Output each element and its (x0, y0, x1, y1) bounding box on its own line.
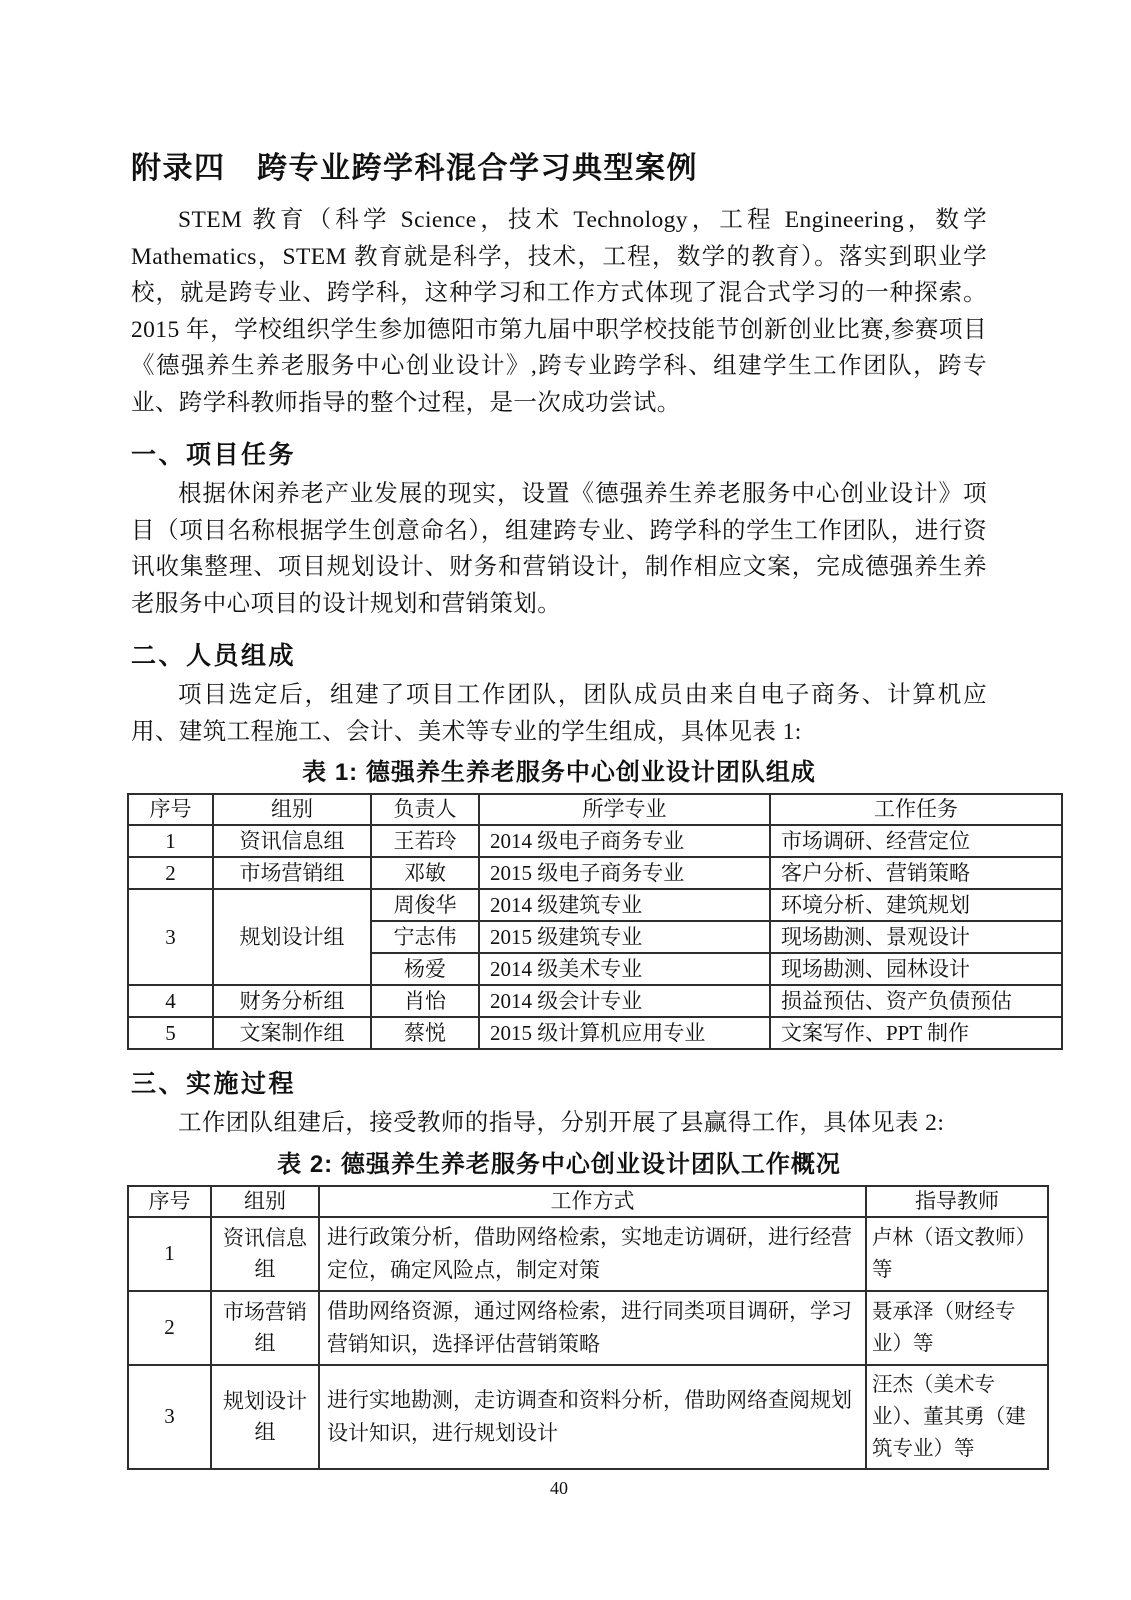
cell-leader: 宁志伟 (371, 921, 479, 953)
column-header: 组别 (211, 1186, 319, 1217)
table-header-row: 序号 组别 工作方式 指导教师 (128, 1186, 1048, 1217)
cell-task: 文案写作、PPT 制作 (770, 1017, 1062, 1049)
cell-seq: 1 (128, 825, 213, 857)
column-header: 序号 (128, 794, 213, 825)
cell-group: 资讯信息组 (211, 1217, 319, 1291)
document-page: 附录四 跨专业跨学科混合学习典型案例 STEM 教育（科学 Science，技术… (0, 0, 1131, 1600)
page-content: 附录四 跨专业跨学科混合学习典型案例 STEM 教育（科学 Science，技术… (131, 148, 987, 1470)
cell-seq: 3 (128, 1365, 211, 1469)
column-header: 组别 (213, 794, 371, 825)
cell-task: 损益预估、资产负债预估 (770, 985, 1062, 1017)
section-heading-personnel: 二、人员组成 (131, 639, 987, 673)
cell-seq: 4 (128, 985, 213, 1017)
cell-seq: 2 (128, 857, 213, 889)
table-header-row: 序号 组别 负责人 所学专业 工作任务 (128, 794, 1062, 825)
cell-seq: 3 (128, 889, 213, 985)
cell-seq: 2 (128, 1291, 211, 1365)
table2-caption: 表 2: 德强养生养老服务中心创业设计团队工作概况 (131, 1149, 987, 1180)
cell-group: 财务分析组 (213, 985, 371, 1017)
table-row: 2 市场营销组 借助网络资源，通过网络检索，进行同类项目调研，学习营销知识，选择… (128, 1291, 1048, 1365)
intro-paragraph: STEM 教育（科学 Science，技术 Technology，工程 Engi… (131, 202, 987, 421)
column-header: 负责人 (371, 794, 479, 825)
cell-seq: 1 (128, 1217, 211, 1291)
table-row: 1 资讯信息组 王若玲 2014 级电子商务专业 市场调研、经营定位 (128, 825, 1062, 857)
column-header: 所学专业 (479, 794, 770, 825)
cell-group: 资讯信息组 (213, 825, 371, 857)
cell-method: 进行政策分析，借助网络检索，实地走访调研，进行经营定位，确定风险点，制定对策 (319, 1217, 866, 1291)
cell-leader: 杨爱 (371, 953, 479, 985)
cell-group: 规划设计组 (211, 1365, 319, 1469)
cell-leader: 肖怡 (371, 985, 479, 1017)
cell-group: 市场营销组 (211, 1291, 319, 1365)
cell-task: 现场勘测、景观设计 (770, 921, 1062, 953)
cell-method: 进行实地勘测，走访调查和资料分析，借助网络查阅规划设计知识，进行规划设计 (319, 1365, 866, 1469)
table-team-composition: 序号 组别 负责人 所学专业 工作任务 1 资讯信息组 王若玲 2014 级电子… (127, 793, 1063, 1050)
table1-caption: 表 1: 德强养生养老服务中心创业设计团队组成 (131, 757, 987, 788)
cell-leader: 蔡悦 (371, 1017, 479, 1049)
cell-major: 2014 级电子商务专业 (479, 825, 770, 857)
implementation-paragraph: 工作团队组建后，接受教师的指导，分别开展了县赢得工作，具体见表 2: (131, 1105, 987, 1142)
column-header: 工作任务 (770, 794, 1062, 825)
table-row: 3 规划设计组 周俊华 2014 级建筑专业 环境分析、建筑规划 (128, 889, 1062, 921)
cell-seq: 5 (128, 1017, 213, 1049)
cell-teacher: 汪杰（美术专业）、董其勇（建筑专业）等 (866, 1365, 1048, 1469)
cell-group: 市场营销组 (213, 857, 371, 889)
column-header: 指导教师 (866, 1186, 1048, 1217)
cell-major: 2014 级会计专业 (479, 985, 770, 1017)
table-row: 4 财务分析组 肖怡 2014 级会计专业 损益预估、资产负债预估 (128, 985, 1062, 1017)
cell-major: 2014 级美术专业 (479, 953, 770, 985)
table-row: 1 资讯信息组 进行政策分析，借助网络检索，实地走访调研，进行经营定位，确定风险… (128, 1217, 1048, 1291)
project-task-paragraph: 根据休闲养老产业发展的现实，设置《德强养生养老服务中心创业设计》项目（项目名称根… (131, 476, 987, 622)
cell-major: 2014 级建筑专业 (479, 889, 770, 921)
column-header: 序号 (128, 1186, 211, 1217)
section-heading-implementation: 三、实施过程 (131, 1067, 987, 1101)
personnel-paragraph: 项目选定后，组建了项目工作团队，团队成员由来自电子商务、计算机应用、建筑工程施工… (131, 677, 987, 750)
cell-major: 2015 级计算机应用专业 (479, 1017, 770, 1049)
section-heading-project-task: 一、项目任务 (131, 438, 987, 472)
cell-task: 客户分析、营销策略 (770, 857, 1062, 889)
cell-group: 规划设计组 (213, 889, 371, 985)
table-row: 3 规划设计组 进行实地勘测，走访调查和资料分析，借助网络查阅规划设计知识，进行… (128, 1365, 1048, 1469)
cell-leader: 周俊华 (371, 889, 479, 921)
table-row: 5 文案制作组 蔡悦 2015 级计算机应用专业 文案写作、PPT 制作 (128, 1017, 1062, 1049)
cell-teacher: 聂承泽（财经专业）等 (866, 1291, 1048, 1365)
page-number: 40 (131, 1477, 987, 1499)
cell-group: 文案制作组 (213, 1017, 371, 1049)
cell-major: 2015 级建筑专业 (479, 921, 770, 953)
cell-method: 借助网络资源，通过网络检索，进行同类项目调研，学习营销知识，选择评估营销策略 (319, 1291, 866, 1365)
cell-major: 2015 级电子商务专业 (479, 857, 770, 889)
table-row: 2 市场营销组 邓敏 2015 级电子商务专业 客户分析、营销策略 (128, 857, 1062, 889)
cell-task: 环境分析、建筑规划 (770, 889, 1062, 921)
cell-teacher: 卢林（语文教师）等 (866, 1217, 1048, 1291)
cell-task: 现场勘测、园林设计 (770, 953, 1062, 985)
cell-task: 市场调研、经营定位 (770, 825, 1062, 857)
page-title: 附录四 跨专业跨学科混合学习典型案例 (131, 148, 987, 190)
table-work-overview: 序号 组别 工作方式 指导教师 1 资讯信息组 进行政策分析，借助网络检索，实地… (127, 1185, 1049, 1470)
column-header: 工作方式 (319, 1186, 866, 1217)
cell-leader: 邓敏 (371, 857, 479, 889)
cell-leader: 王若玲 (371, 825, 479, 857)
